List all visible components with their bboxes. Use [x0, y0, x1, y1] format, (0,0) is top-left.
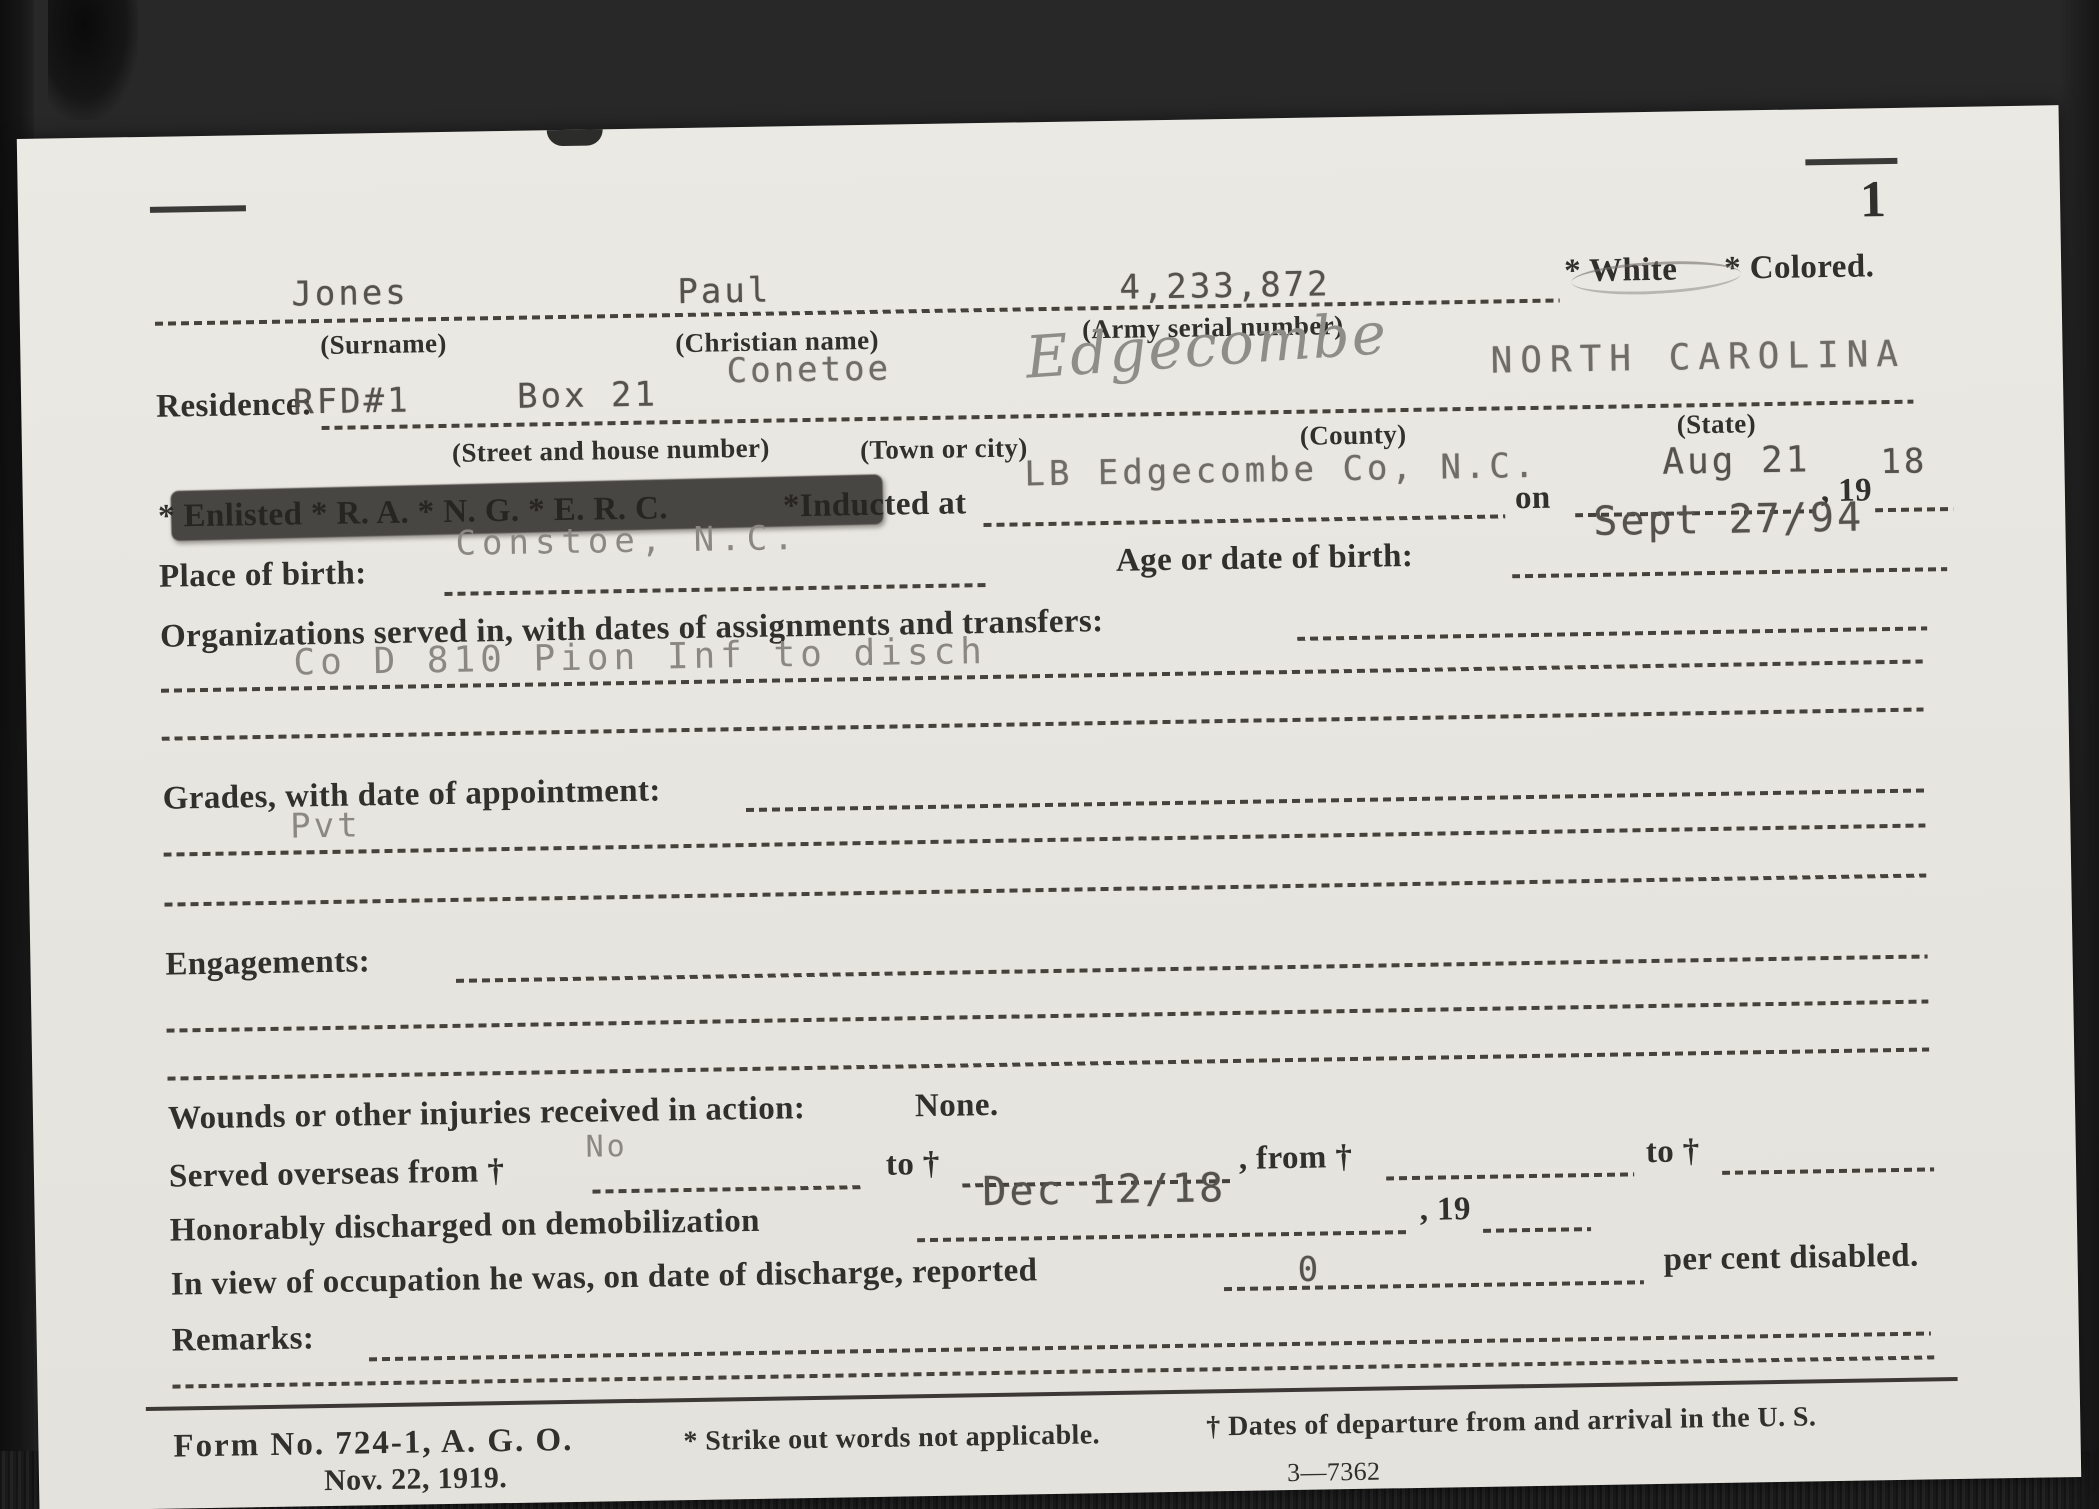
- race-colored-label: * Colored.: [1724, 248, 1875, 287]
- page-number: 1: [1860, 170, 1887, 229]
- overseas-rule-1: [592, 1185, 864, 1194]
- engagements-rule-3: [167, 1047, 1929, 1080]
- scanned-record-scene: 1 Jones Paul 4,233,872 * White * Colored…: [0, 0, 2099, 1509]
- residence-street-value: RFD#1: [293, 381, 411, 423]
- grades-label: Grades, with date of appointment:: [162, 772, 661, 817]
- footer-dagger-note: † Dates of departure from and arrival in…: [1206, 1401, 1816, 1443]
- overseas-label: Served overseas from †: [169, 1153, 505, 1196]
- overseas-to2-label: to †: [1645, 1133, 1699, 1171]
- scan-corner-shadow: [48, 0, 138, 120]
- footer-form-number: Form No. 724-1, A. G. O.: [173, 1422, 574, 1466]
- remarks-rule: [369, 1331, 1931, 1361]
- christian-name-value: Paul: [677, 271, 772, 313]
- disability-label: In view of occupation he was, on date of…: [170, 1252, 1037, 1303]
- state-label: (State): [1676, 408, 1756, 440]
- engagements-rule-inline: [456, 954, 1928, 982]
- organizations-rule-inline: [1297, 626, 1927, 640]
- residence-box-value: Box 21: [517, 374, 658, 416]
- county-label: (County): [1300, 419, 1407, 452]
- overseas-first-value: No: [585, 1129, 628, 1165]
- overseas-rule-4: [1722, 1167, 1934, 1175]
- discharge-year-rule: [1483, 1227, 1591, 1233]
- disability-suffix: per cent disabled.: [1663, 1238, 1919, 1279]
- overseas-rule-3: [1386, 1172, 1634, 1180]
- disability-value: 0: [1297, 1250, 1321, 1290]
- inducted-place-rule: [983, 514, 1505, 527]
- scan-mark-top-left: [150, 205, 246, 213]
- wounds-value: None.: [915, 1087, 999, 1125]
- grades-rule-3: [164, 873, 1926, 906]
- serial-number-value: 4,233,872: [1119, 264, 1331, 307]
- footer-form-date: Nov. 22, 1919.: [324, 1461, 508, 1498]
- scan-mark-top-right: [1805, 158, 1897, 166]
- grades-value: Pvt: [290, 805, 361, 846]
- organizations-rule-3: [162, 707, 1924, 740]
- birthdate-label: Age or date of birth:: [1116, 538, 1414, 580]
- inducted-date-value: Aug 21: [1662, 439, 1811, 482]
- inducted-on-label: on: [1515, 480, 1551, 518]
- footer-strike-note: * Strike out words not applicable.: [683, 1419, 1100, 1458]
- residence-state-value: NORTH CAROLINA: [1490, 334, 1906, 382]
- footer-print-code: 3—7362: [1287, 1457, 1381, 1489]
- overseas-from-label: , from †: [1239, 1139, 1353, 1178]
- grades-rule-inline: [746, 788, 1926, 812]
- engagements-rule-2: [167, 999, 1929, 1032]
- residence-label: Residence:: [156, 386, 313, 426]
- discharge-date-value: Dec 12/18: [982, 1165, 1226, 1215]
- service-record-card: 1 Jones Paul 4,233,872 * White * Colored…: [17, 105, 2081, 1509]
- inducted-year-rule: [1875, 507, 1953, 512]
- birthplace-value: Constoe, N.C.: [455, 518, 800, 564]
- engagements-label: Engagements:: [165, 943, 370, 983]
- birthdate-value: Sept 27/94: [1593, 494, 1865, 544]
- residence-town-value: Conetoe: [726, 349, 891, 392]
- town-label: (Town or city): [860, 432, 1028, 466]
- remarks-label: Remarks:: [171, 1320, 314, 1359]
- inducted-year-value: 18: [1880, 441, 1928, 482]
- wounds-label: Wounds or other injuries received in act…: [168, 1090, 806, 1138]
- birthdate-rule: [1512, 567, 1947, 578]
- discharge-year-prefix: , 19: [1419, 1191, 1471, 1229]
- street-label: (Street and house number): [452, 433, 770, 469]
- residence-county-value: Edgecombe: [1023, 299, 1390, 392]
- surname-value: Jones: [291, 273, 409, 315]
- grades-rule-2: [164, 823, 1926, 856]
- birthplace-rule: [444, 583, 989, 596]
- disability-rule: [1224, 1280, 1644, 1291]
- surname-label: (Surname): [320, 328, 447, 361]
- discharge-rule: [917, 1230, 1409, 1242]
- birthplace-label: Place of birth:: [159, 555, 367, 595]
- inducted-place-value: LB Edgecombe Co, N.C.: [1024, 446, 1538, 495]
- overseas-to-label: to †: [886, 1146, 940, 1184]
- scan-blemish: [547, 129, 603, 146]
- discharge-label: Honorably discharged on demobilization: [170, 1203, 761, 1250]
